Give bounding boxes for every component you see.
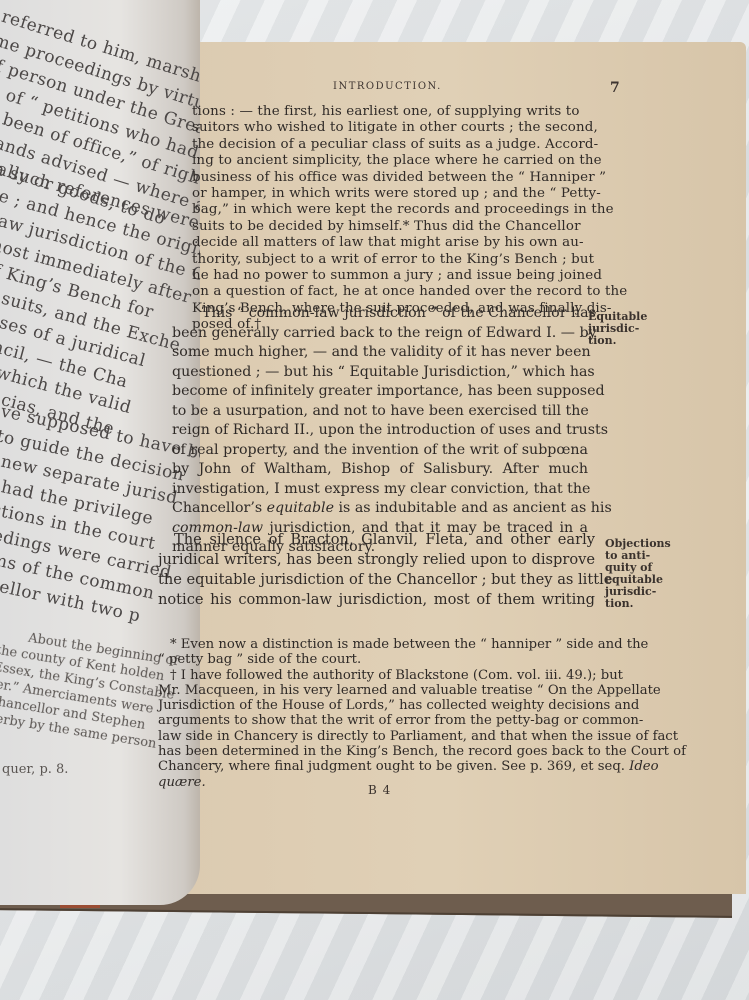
footnote-line: † I have followed the authority of Black… xyxy=(158,668,610,683)
text-line: ing to ancient simplicity, the place whe… xyxy=(192,153,572,169)
text-line: the decision of a peculiar class of suit… xyxy=(192,137,572,153)
text-line: by John of Waltham, Bishop of Salisbury.… xyxy=(172,460,588,480)
margin-note-objections: Objections to anti- quity of equitable j… xyxy=(605,538,671,610)
text-run: Chancellor’s xyxy=(172,500,267,516)
text-line: on a question of fact, he at once handed… xyxy=(192,284,572,300)
text-line: tion. xyxy=(605,598,671,610)
text-line: the equitable jurisdiction of the Chance… xyxy=(158,570,595,590)
text-line-italic: Chancellor’s equitable is as indubitable… xyxy=(172,499,588,519)
footnote-line: “ petty bag ” side of the court. xyxy=(158,652,610,667)
footnote-line: law side in Chancery is directly to Parl… xyxy=(158,729,610,744)
footnote-line: Mr. Macqueen, in his very learned and va… xyxy=(158,683,610,698)
text-run: Chancery, where final judgment ought to … xyxy=(158,759,629,774)
text-line: This “ common-law jurisdiction ” of the … xyxy=(172,304,588,324)
text-line: The silence of Bracton, Glanvil, Fleta, … xyxy=(158,530,595,550)
text-line: reign of Richard II., upon the introduct… xyxy=(172,421,588,441)
text-line: tions : — the first, his earliest one, o… xyxy=(192,104,572,120)
italic-run: quære. xyxy=(158,775,206,790)
signature-mark: B 4 xyxy=(368,783,391,797)
text-line: suitors who wished to litigate in other … xyxy=(192,120,572,136)
text-line: investigation, I must express my clear c… xyxy=(172,480,588,500)
text-line: juridical writers, has been strongly rel… xyxy=(158,550,595,570)
text-line: become of infinitely greater importance,… xyxy=(172,382,588,402)
text-line: tion. xyxy=(588,335,647,347)
italic-run: equitable xyxy=(267,500,334,516)
paragraph-3: The silence of Bracton, Glanvil, Fleta, … xyxy=(158,530,595,610)
footnote-line: * Even now a distinction is made between… xyxy=(158,637,610,652)
margin-note-equitable-jurisdiction: Equitable jurisdic- tion. xyxy=(588,311,647,347)
text-line: or hamper, in which writs were stored up… xyxy=(192,186,572,202)
text-line: some much higher, — and the validity of … xyxy=(172,343,588,363)
footnote-line: Chancery, where final judgment ought to … xyxy=(158,759,610,774)
paragraph-2: This “ common-law jurisdiction ” of the … xyxy=(172,304,588,558)
text-line: he had no power to summon a jury ; and i… xyxy=(192,268,572,284)
text-line: suits to be decided by himself.* Thus di… xyxy=(192,219,572,235)
text-line: questioned ; — but his “ Equitable Juris… xyxy=(172,363,588,383)
text-line: bag,” in which were kept the records and… xyxy=(192,202,572,218)
text-run: is as indubitable and as ancient as his xyxy=(334,500,612,516)
left-page-footer: quer, p. 8. xyxy=(2,762,68,777)
text-line: been generally carried back to the reign… xyxy=(172,324,588,344)
text-line: to be a usurpation, and not to have been… xyxy=(172,402,588,422)
paragraph-1: tions : — the first, his earliest one, o… xyxy=(192,104,572,334)
running-head: INTRODUCTION. xyxy=(333,81,442,92)
page-number: 7 xyxy=(610,80,620,96)
italic-run: Ideo xyxy=(629,759,658,774)
text-line: thority, subject to a writ of error to t… xyxy=(192,252,572,268)
text-line: of real property, and the invention of t… xyxy=(172,441,588,461)
text-line: notice his common-law jurisdiction, most… xyxy=(158,590,595,610)
text-line: business of his office was divided betwe… xyxy=(192,170,572,186)
footnote-line: has been determined in the King’s Bench,… xyxy=(158,744,610,759)
footnotes: * Even now a distinction is made between… xyxy=(158,637,610,790)
text-line: decide all matters of law that might ari… xyxy=(192,235,572,251)
footnote-line: Jurisdiction of the House of Lords,” has… xyxy=(158,698,610,713)
footnote-line: arguments to show that the writ of error… xyxy=(158,713,610,728)
